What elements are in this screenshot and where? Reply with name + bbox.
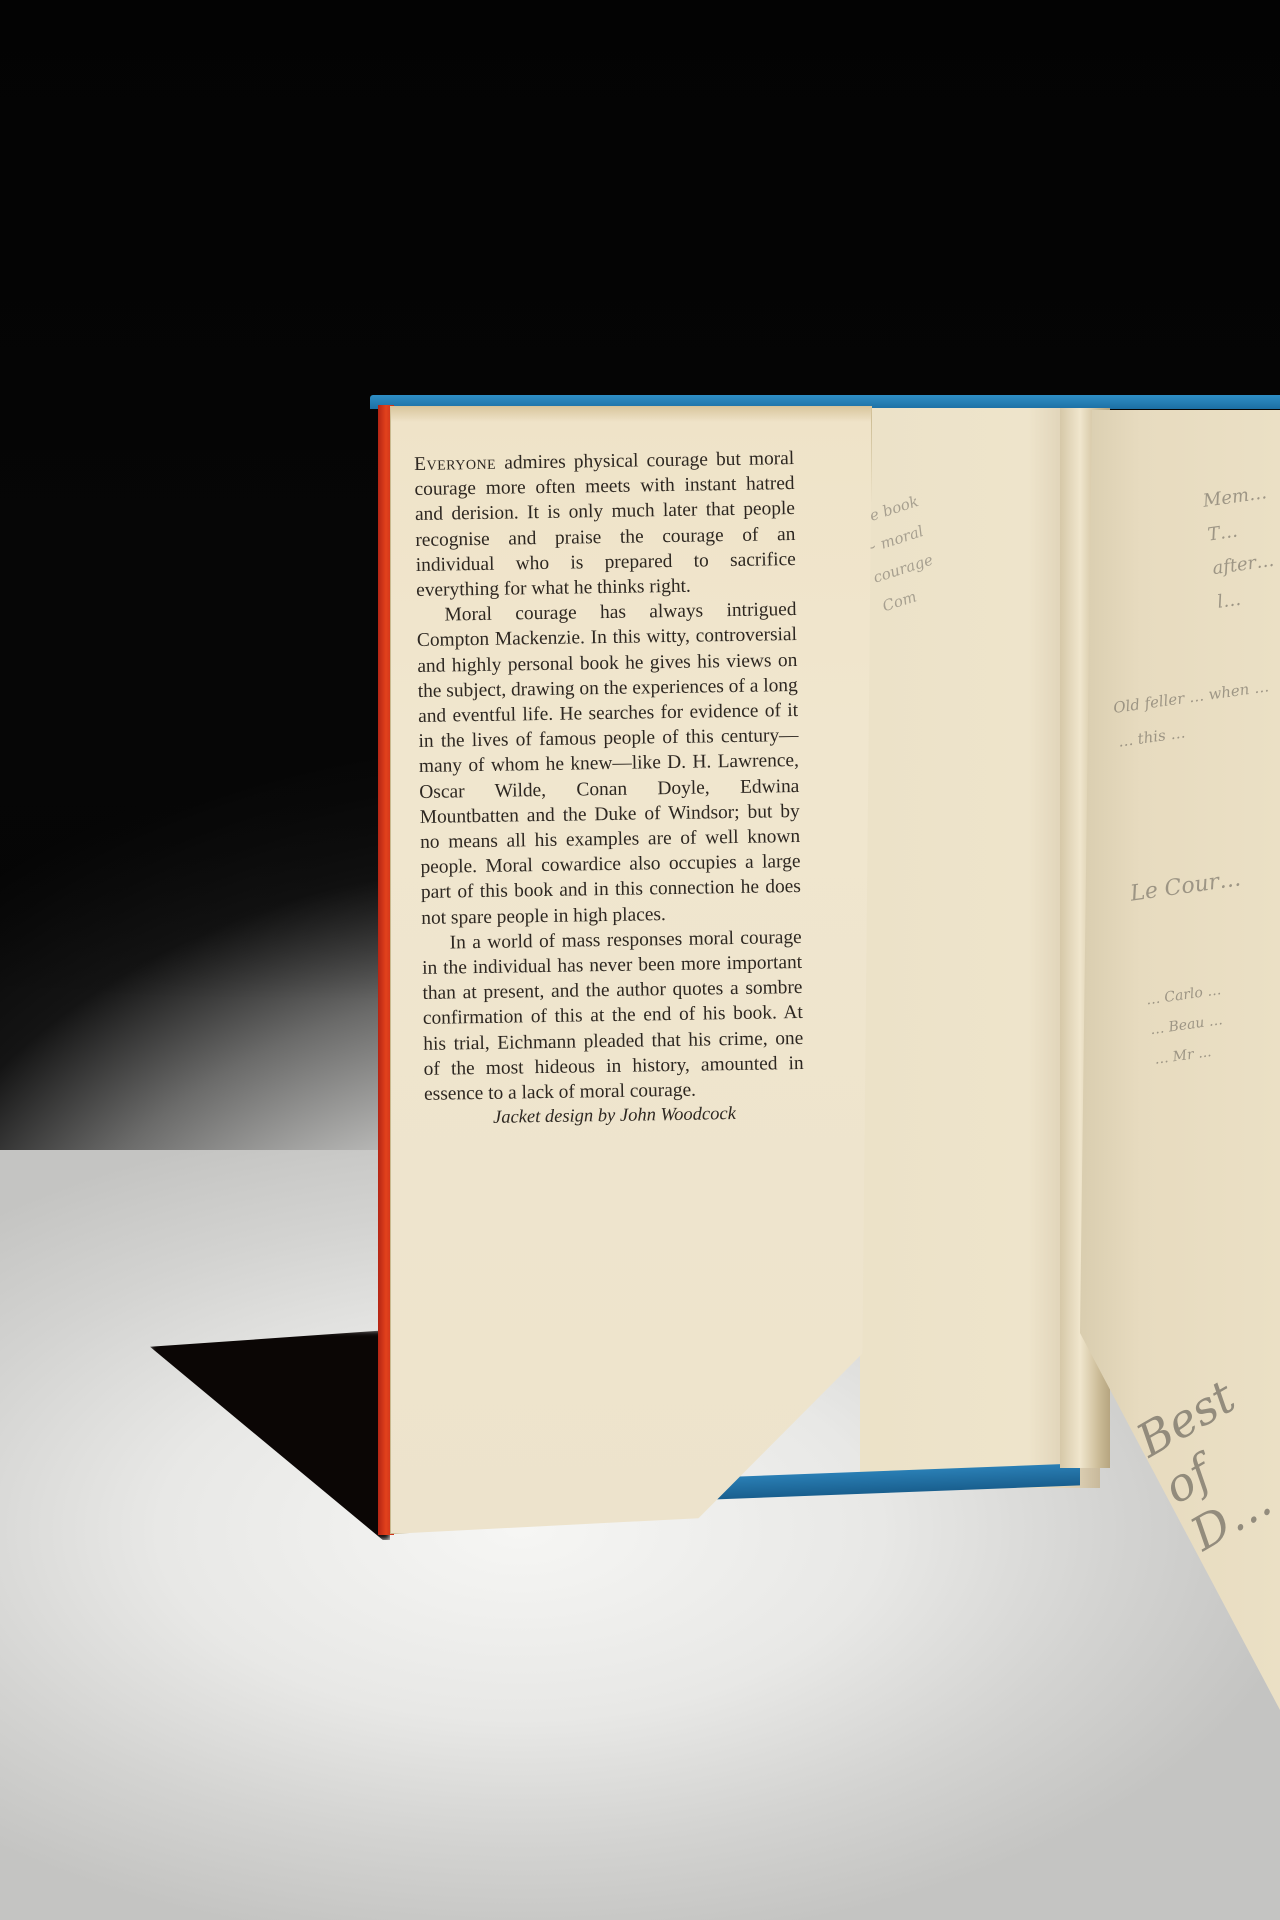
flyleaf-pencil-note: … Carlo … … Beau … … Mr ... — [1144, 975, 1231, 1075]
flap-blurb: Everyone admires physical courage but mo… — [414, 446, 805, 1132]
blurb-lead-word: Everyone — [414, 453, 496, 475]
jacket-top-wear — [390, 406, 872, 422]
blurb-paragraph: Moral courage has always intrigued Compt… — [416, 597, 801, 931]
blurb-paragraph: Everyone admires physical courage but mo… — [414, 446, 796, 603]
blurb-paragraph: In a world of mass responses moral coura… — [422, 925, 805, 1107]
photo-scene: the book ~ moral courage Com Mem… T… aft… — [0, 0, 1280, 1920]
